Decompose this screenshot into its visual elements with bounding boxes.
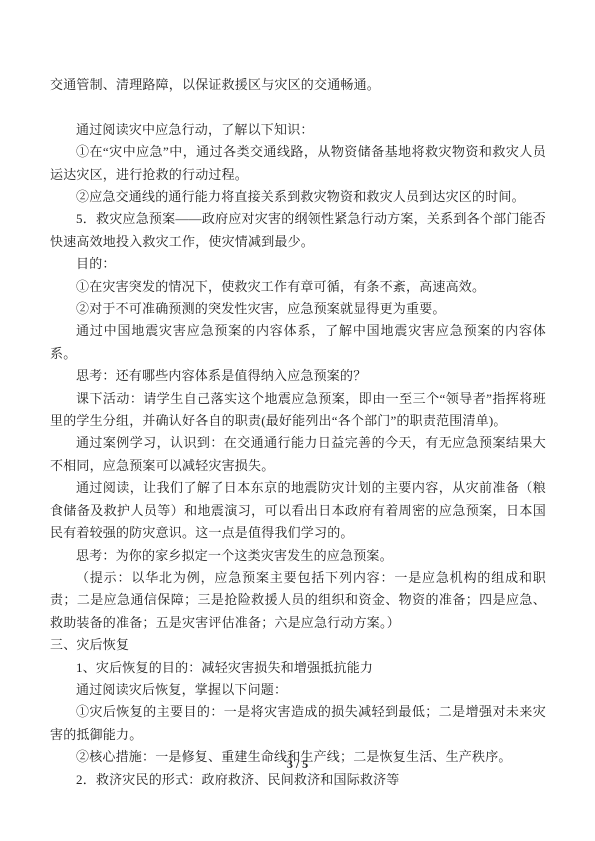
paragraph: 交通管制、清理路障，以保证救援区与灾区的交通畅通。 bbox=[50, 74, 546, 96]
paragraph: 课下活动：请学生自己落实这个地震应急预案，即由一至三个“领导者”指挥将班里的学生… bbox=[50, 388, 546, 433]
paragraph: 思考：为你的家乡拟定一个这类灾害发生的应急预案。 bbox=[50, 545, 546, 567]
paragraph: 通过阅读，让我们了解了日本东京的地震防灾计划的主要内容，从灾前准备（粮食储备及救… bbox=[50, 477, 546, 544]
paragraph: 通过中国地震灾害应急预案的内容体系，了解中国地震灾害应急预案的内容体系。 bbox=[50, 320, 546, 365]
paragraph: 通过案例学习，认识到：在交通通行能力日益完善的今天，有无应急预案结果大不相同，应… bbox=[50, 432, 546, 477]
paragraph: （提示：以华北为例，应急预案主要包括下列内容：一是应急机构的组成和职责；二是应急… bbox=[50, 567, 546, 634]
paragraph: ①在灾害突发的情况下，使救灾工作有章可循，有条不紊，高速高效。 bbox=[50, 276, 546, 298]
paragraph: ②对于不可准确预测的突发性灾害，应急预案就显得更为重要。 bbox=[50, 298, 546, 320]
paragraph: 通过阅读灾后恢复，掌握以下问题： bbox=[50, 679, 546, 701]
document-body: 交通管制、清理路障，以保证救援区与灾区的交通畅通。通过阅读灾中应急行动，了解以下… bbox=[50, 74, 546, 791]
paragraph: 1、灾后恢复的目的：减轻灾害损失和增强抵抗能力 bbox=[50, 657, 546, 679]
paragraph bbox=[50, 96, 546, 118]
paragraph: ①在“灾中应急”中，通过各类交通线路，从物资储备基地将救灾物资和救灾人员运达灾区… bbox=[50, 141, 546, 186]
paragraph: 通过阅读灾中应急行动，了解以下知识： bbox=[50, 119, 546, 141]
document-page: 交通管制、清理路障，以保证救援区与灾区的交通畅通。通过阅读灾中应急行动，了解以下… bbox=[0, 0, 595, 841]
page-number: 3 / 5 bbox=[0, 757, 595, 772]
paragraph: ②应急交通线的通行能力将直接关系到救灾物资和救灾人员到达灾区的时间。 bbox=[50, 186, 546, 208]
paragraph: 目的： bbox=[50, 253, 546, 275]
paragraph: 5．救灾应急预案——政府应对灾害的纲领性紧急行动方案，关系到各个部门能否快速高效… bbox=[50, 208, 546, 253]
paragraph: ①灾后恢复的主要目的：一是将灾害造成的损失减轻到最低；二是增强对未来灾害的抵御能… bbox=[50, 701, 546, 746]
paragraph: 三、灾后恢复 bbox=[50, 634, 546, 656]
paragraph: 思考：还有哪些内容体系是值得纳入应急预案的？ bbox=[50, 365, 546, 387]
